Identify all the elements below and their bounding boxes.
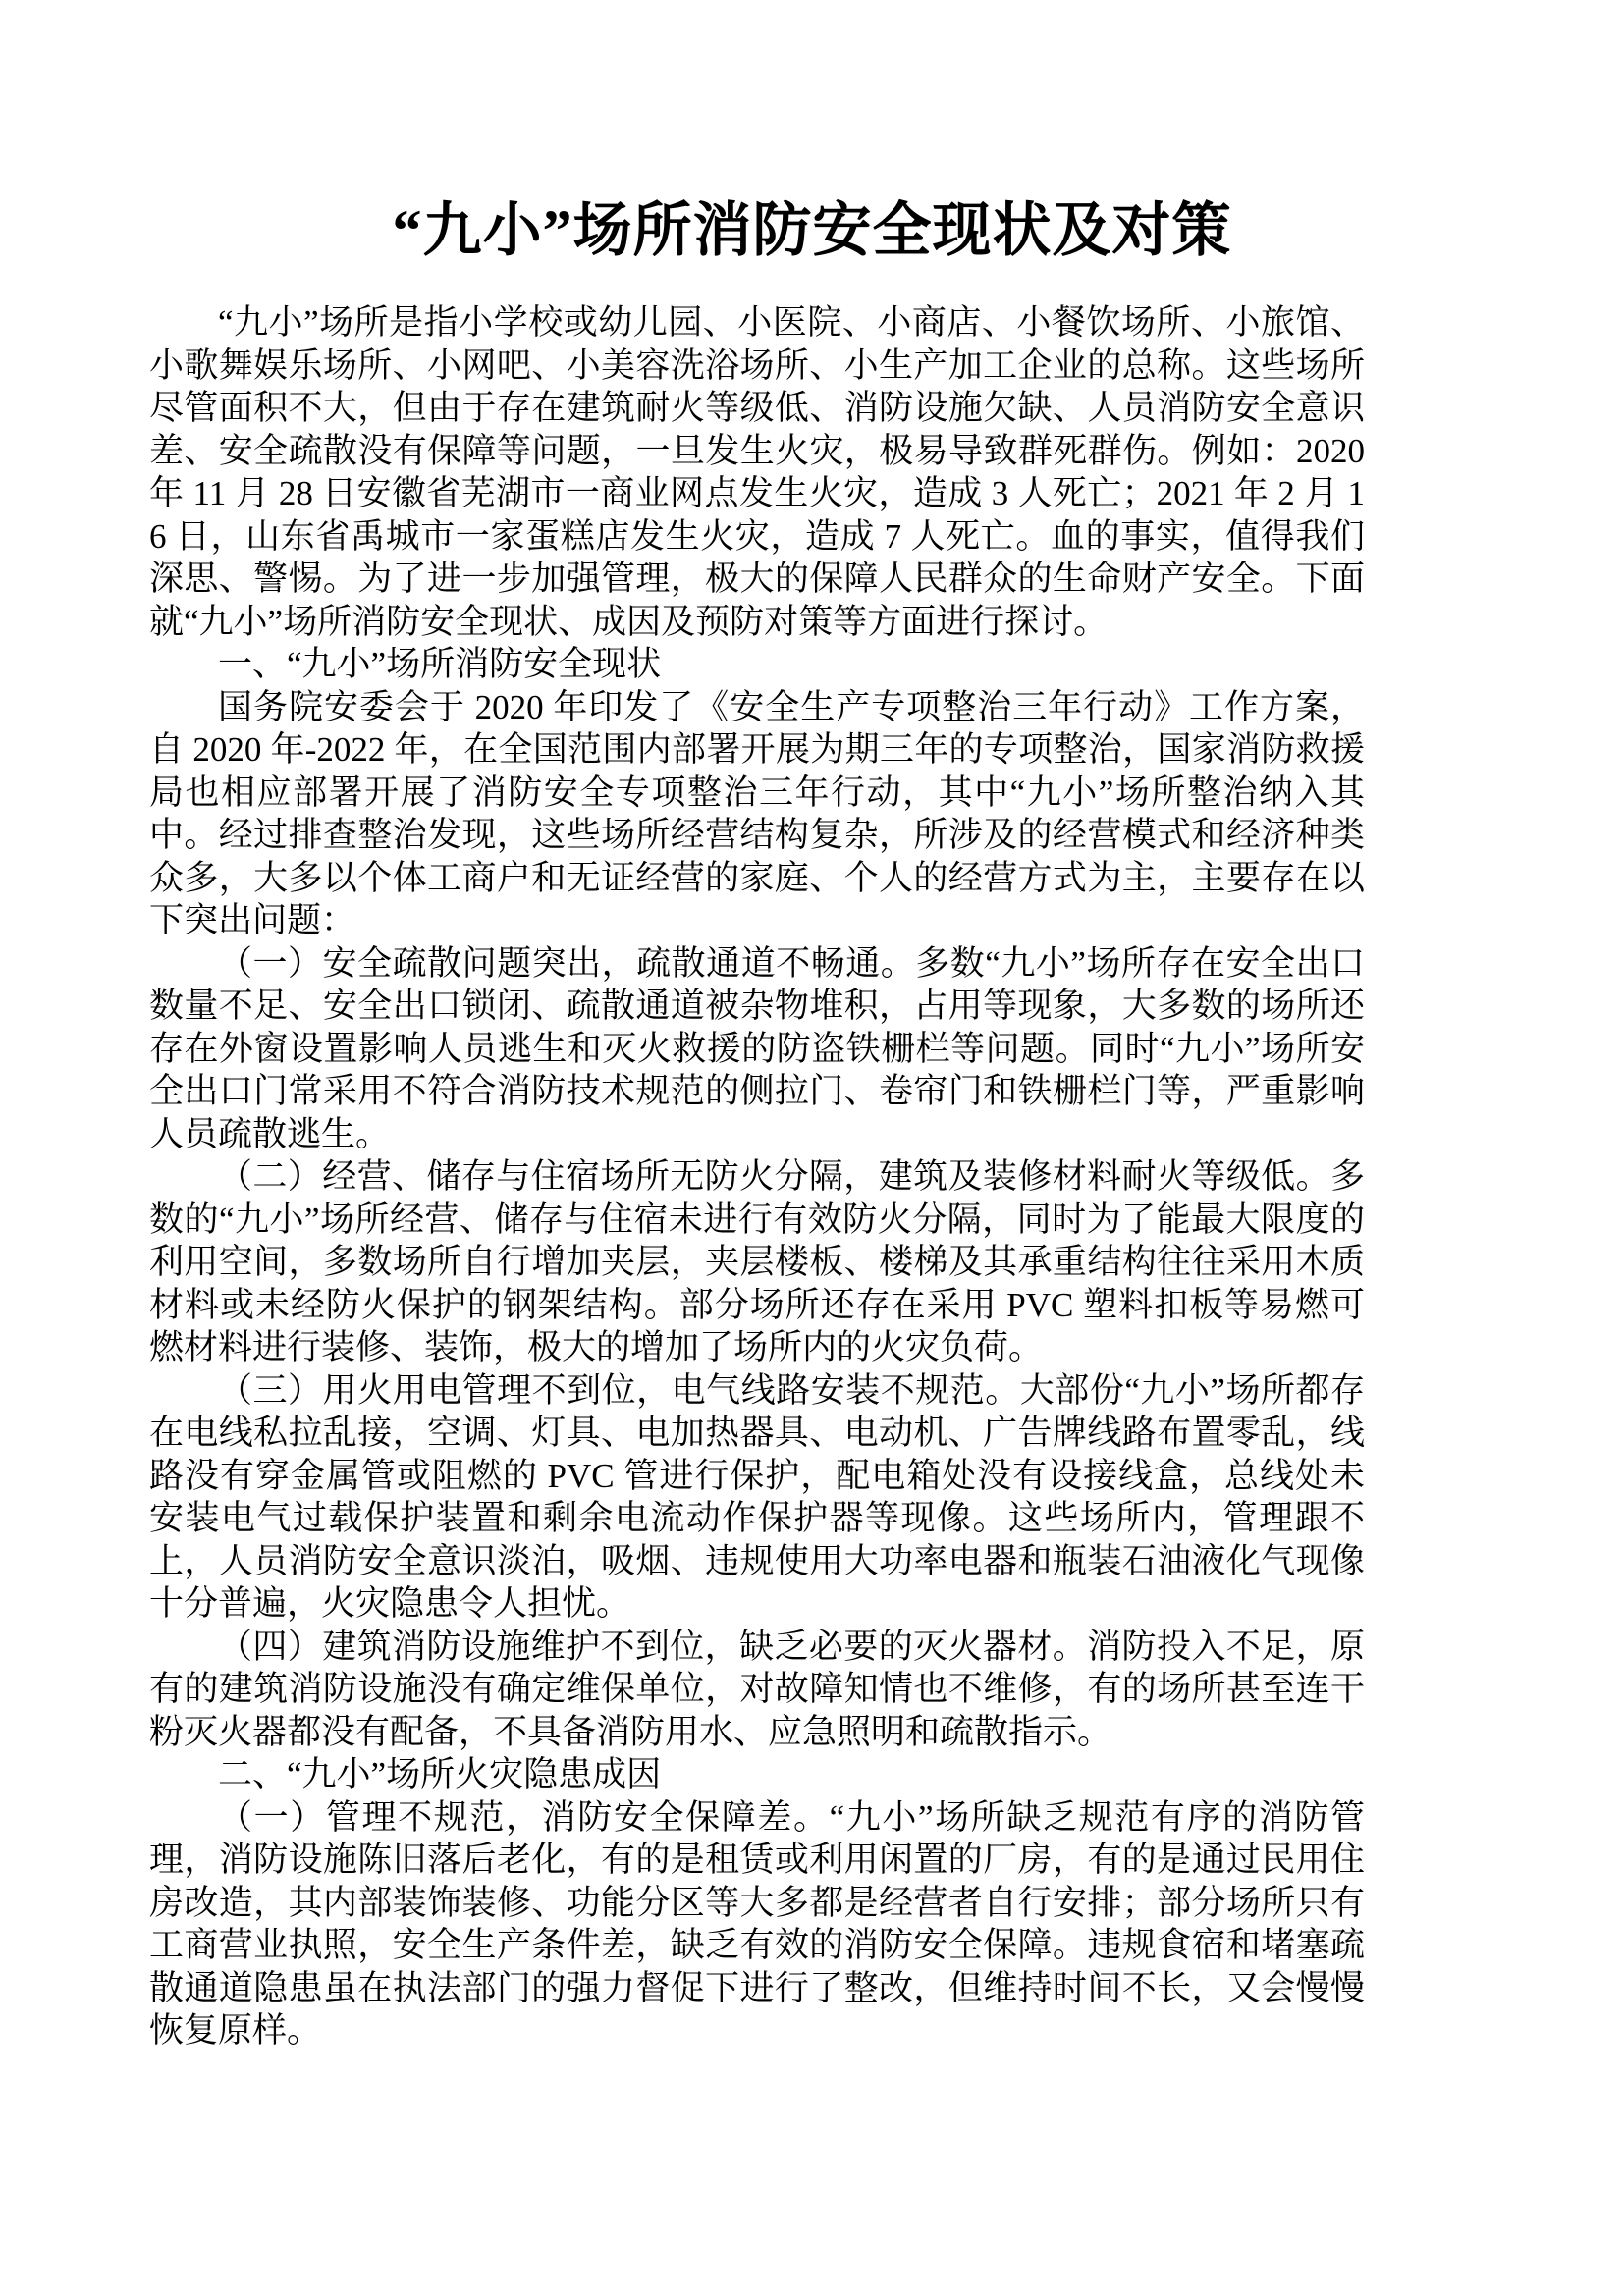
document-title: “九小”场所消防安全现状及对策	[0, 182, 1624, 280]
document-page: “九小”场所消防安全现状及对策 “九小”场所是指小学校或幼儿园、小医院、小商店、…	[0, 0, 1624, 2296]
paragraph-issue-1-evacuation: （一）安全疏散问题突出，疏散通道不畅通。多数“九小”场所存在安全出口数量不足、安…	[149, 942, 1365, 1156]
paragraph-cause-1-management: （一）管理不规范，消防安全保障差。“九小”场所缺乏规范有序的消防管理，消防设施陈…	[149, 1796, 1365, 2053]
paragraph-issue-2-fire-separation: （二）经营、储存与住宿场所无防火分隔，建筑及装修材料耐火等级低。多数的“九小”场…	[149, 1155, 1365, 1369]
document-body: “九小”场所是指小学校或幼儿园、小医院、小商店、小餐饮场所、小旅馆、小歌舞娱乐场…	[149, 301, 1365, 2053]
section-heading-1: 一、“九小”场所消防安全现状	[149, 643, 1365, 686]
paragraph-issue-4-equipment: （四）建筑消防设施维护不到位，缺乏必要的灭火器材。消防投入不足，原有的建筑消防设…	[149, 1626, 1365, 1754]
paragraph-section1-overview: 国务院安委会于 2020 年印发了《安全生产专项整治三年行动》工作方案，自 20…	[149, 686, 1365, 942]
section-heading-2: 二、“九小”场所火灾隐患成因	[149, 1753, 1365, 1796]
paragraph-issue-3-electrical: （三）用火用电管理不到位，电气线路安装不规范。大部份“九小”场所都存在电线私拉乱…	[149, 1369, 1365, 1626]
paragraph-intro: “九小”场所是指小学校或幼儿园、小医院、小商店、小餐饮场所、小旅馆、小歌舞娱乐场…	[149, 301, 1365, 643]
